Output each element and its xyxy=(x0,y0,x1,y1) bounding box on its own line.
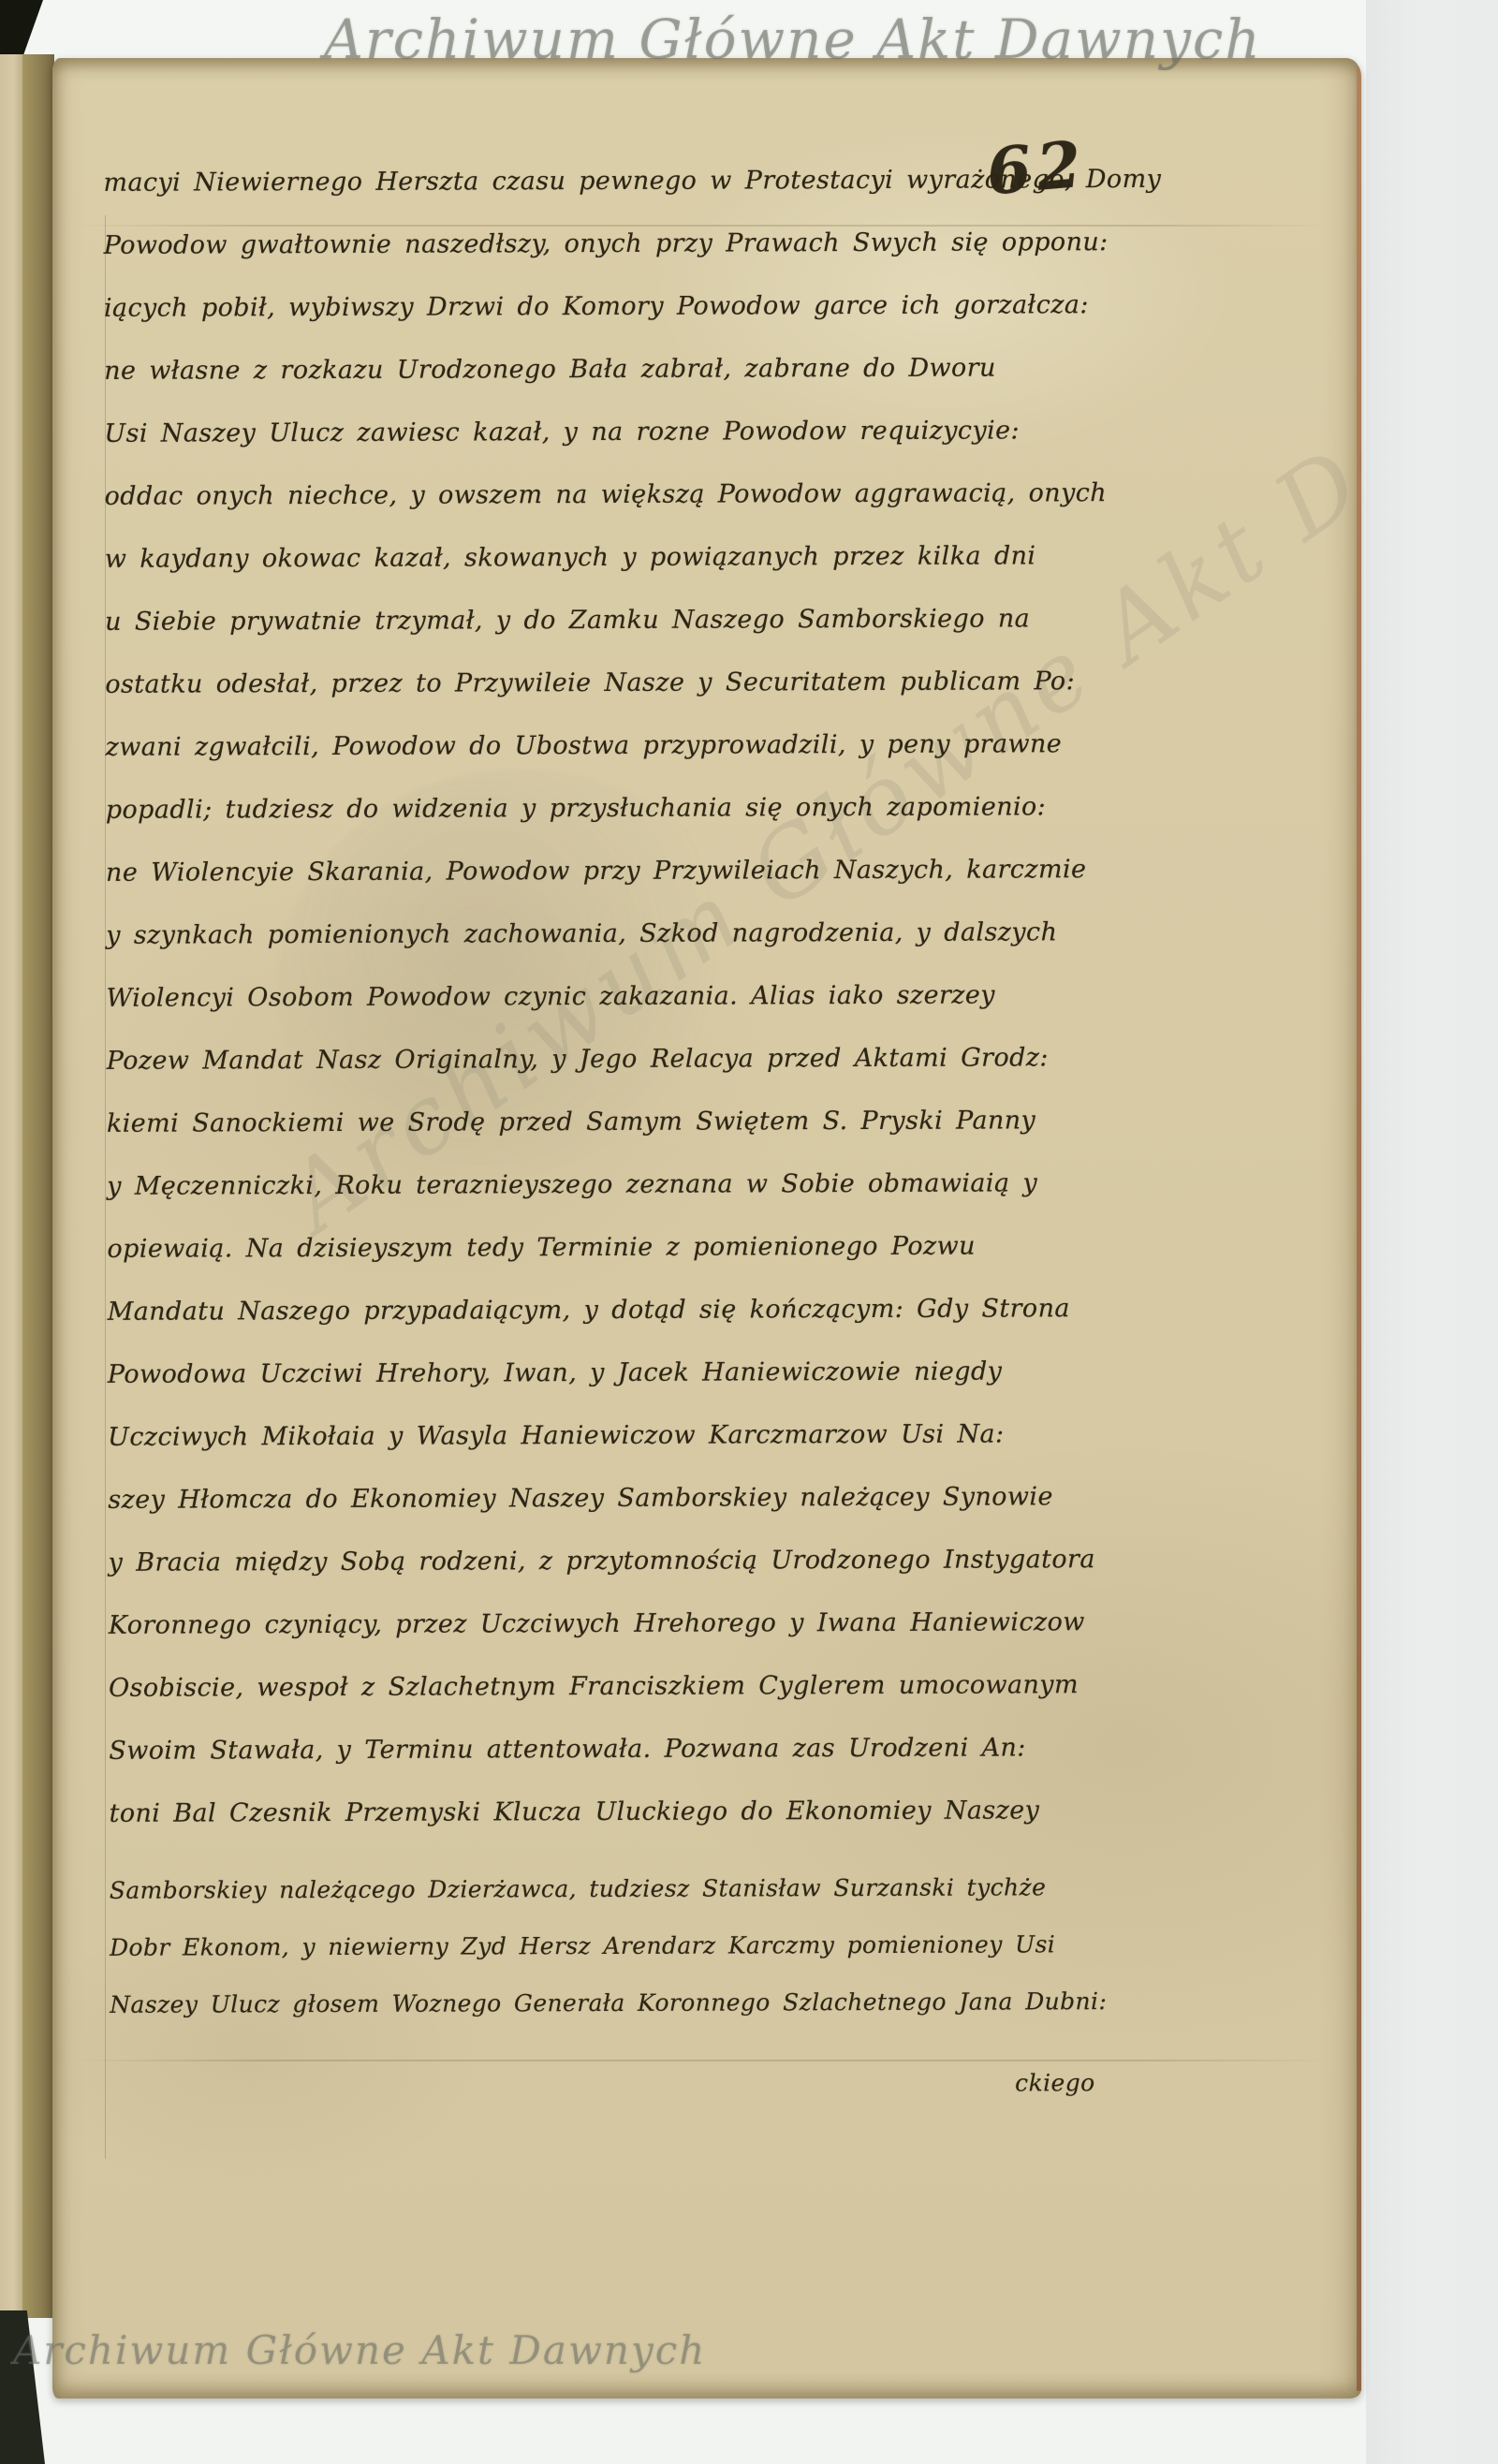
manuscript-line: y Męczenniczki, Roku teraznieyszego zezn… xyxy=(107,1168,1092,1235)
manuscript-line: toni Bal Czesnik Przemyski Klucza Ulucki… xyxy=(109,1796,1094,1862)
manuscript-line: ne Wiolencyie Skarania, Powodow przy Prz… xyxy=(106,855,1091,921)
archive-watermark-top: Archiwum Główne Akt Dawnych xyxy=(324,7,1262,71)
manuscript-line: Powodow gwałtownie naszedłszy, onych prz… xyxy=(104,227,1089,294)
manuscript-line: Osobiscie, wespoł z Szlachetnym Francisz… xyxy=(109,1670,1094,1737)
manuscript-line: ostatku odesłał, przez to Przywileie Nas… xyxy=(105,667,1090,733)
manuscript-line: opiewaią. Na dzisieyszym tedy Terminie z… xyxy=(107,1231,1092,1298)
manuscript-line: macyi Niewiernego Herszta czasu pewnego … xyxy=(103,165,1088,231)
manuscript-line: Naszey Ulucz głosem Woznego Generała Kor… xyxy=(110,1973,1094,2033)
manuscript-line: Wiolencyi Osobom Powodow czynic zakazani… xyxy=(106,980,1091,1047)
handwritten-text-block: macyi Niewiernego Herszta czasu pewnego … xyxy=(103,165,1094,2100)
binding-corner-top xyxy=(0,0,43,54)
manuscript-line: Dobr Ekonom, y niewierny Zyd Hersz Arend… xyxy=(110,1915,1094,1976)
scanned-document-background: Archiwum Główne Akt Dawnych 62 macyi Nie… xyxy=(0,0,1498,2464)
manuscript-line: szey Hłomcza do Ekonomiey Naszey Sambors… xyxy=(108,1482,1093,1548)
manuscript-line: u Siebie prywatnie trzymał, y do Zamku N… xyxy=(105,604,1090,670)
manuscript-line: Swoim Stawała, y Terminu attentowała. Po… xyxy=(109,1733,1094,1799)
manuscript-line: oddac onych niechce, y owszem na większą… xyxy=(105,478,1090,545)
manuscript-line: Powodowa Uczciwi Hrehory, Iwan, y Jacek … xyxy=(108,1357,1093,1423)
manuscript-line: Uczciwych Mikołaia y Wasyla Haniewiczow … xyxy=(108,1419,1093,1486)
catchword: ckiego xyxy=(110,2069,1095,2100)
book-gutter-shadow xyxy=(22,54,54,2318)
manuscript-page: Archiwum Główne Akt Dawnych 62 macyi Nie… xyxy=(52,58,1361,2398)
manuscript-line: w kaydany okowac kazał, skowanych y powi… xyxy=(105,541,1090,608)
manuscript-line: y szynkach pomienionych zachowania, Szko… xyxy=(106,917,1091,984)
previous-page-edge xyxy=(0,51,22,2320)
manuscript-line: ne własne z rozkazu Urodzonego Bała zabr… xyxy=(104,353,1089,419)
archive-watermark-bottom: Archiwum Główne Akt Dawnych xyxy=(13,2327,706,2373)
manuscript-line: Samborskiey należącego Dzierżawca, tudzi… xyxy=(110,1858,1094,1919)
manuscript-line: popadli; tudziesz do widzenia y przysłuc… xyxy=(106,792,1091,858)
manuscript-line: y Bracia między Sobą rodzeni, z przytomn… xyxy=(109,1545,1094,1611)
manuscript-line: iących pobił, wybiwszy Drzwi do Komory P… xyxy=(104,290,1089,357)
scanner-background-right xyxy=(1366,0,1498,2464)
manuscript-line: Pozew Mandat Nasz Originalny, y Jego Rel… xyxy=(107,1043,1092,1109)
manuscript-line: Koronnego czyniący, przez Uczciwych Hreh… xyxy=(109,1607,1094,1674)
manuscript-line: Usi Naszey Ulucz zawiesc kazał, y na roz… xyxy=(104,416,1089,482)
manuscript-line: kiemi Sanockiemi we Srodę przed Samym Sw… xyxy=(107,1106,1092,1172)
manuscript-line: zwani zgwałcili, Powodow do Ubostwa przy… xyxy=(106,729,1091,796)
manuscript-line: Mandatu Naszego przypadaiącym, y dotąd s… xyxy=(108,1294,1093,1360)
